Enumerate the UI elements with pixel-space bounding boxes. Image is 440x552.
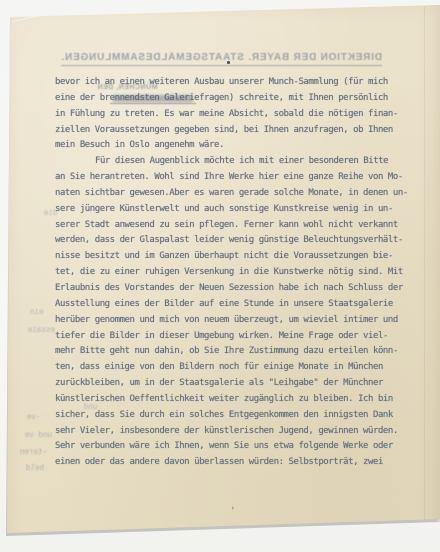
letter-line: herüber genommen und mich von neuem über… — [55, 313, 417, 329]
letter-line: an Sie herantreten. Wohl sind Ihre Werke… — [55, 170, 417, 186]
letter-line: tiefer die Bilder in dieser Umgebung wir… — [55, 329, 417, 345]
letter-line: werden, dass der Glaspalast leider wenig… — [55, 233, 417, 249]
letter-line: eine der brennendsten Galeriefragen) sch… — [55, 91, 417, 107]
letter-line: nisse besitzt und im Ganzen überhaupt ni… — [55, 249, 417, 265]
letter-line: mein Besuch in Oslo angenehm wäre. — [55, 138, 417, 154]
showthrough-fragment: -teren — [20, 447, 47, 456]
letter-line: Sehr verbunden wäre ich Ihnen, wenn Sie … — [55, 439, 417, 455]
letterhead-showthrough-mirrored: DIREKTION DER BAYER. STAATSGEMÄLDESAMMLU… — [61, 52, 382, 66]
showthrough-fragment: und — [84, 402, 98, 411]
letter-line: Ausstellung eines der Bilder auf eine St… — [55, 297, 417, 313]
paper-crease-vertical — [424, 6, 425, 526]
showthrough-fragment: held — [26, 463, 44, 472]
letter-line: sere jüngere Künstlerwelt und auch sonst… — [55, 202, 417, 218]
letter-line: sicher, dass Sie durch ein solches Entge… — [55, 408, 417, 424]
typewritten-letter-body: bevor ich an einen weiteren Ausbau unser… — [55, 75, 417, 471]
letter-line: tet, die zu einer ruhigen Versenkung in … — [55, 265, 417, 281]
showthrough-fragment: und ve — [25, 430, 52, 439]
ink-dot-mark — [227, 61, 230, 64]
letter-line: bevor ich an einen weiteren Ausbau unser… — [55, 75, 417, 91]
letter-line: serer Stadt anwesend zu sein pflegen. Fe… — [55, 218, 417, 234]
letter-line: in Fühlung zu treten. Es war meine Absic… — [55, 107, 417, 123]
showthrough-fragment: ein — [30, 307, 44, 316]
showthrough-fragment: essaie — [28, 325, 55, 334]
letter-line: Erlaubnis des Vorstandes der Neuen Sezes… — [55, 281, 417, 297]
showthrough-fragment: -ve — [27, 412, 41, 421]
letter-line: mehr Bitte geht nun dahin, ob Sie Ihre Z… — [55, 344, 417, 360]
letter-line: künstlerischen Oeffentlichkeit weiter zu… — [55, 392, 417, 408]
showthrough-fragment: die — [44, 208, 58, 217]
letter-line: sehr Vieler, insbesondere der künstleris… — [55, 424, 417, 440]
paper-crease-top-left — [12, 10, 63, 22]
letter-line: ziellen Voraussetzungen gegeben sind, be… — [55, 123, 417, 139]
letter-line: einen oder das andere davon überlassen w… — [55, 455, 417, 471]
letter-line: Für diesen Augenblick möchte ich mit ein… — [55, 154, 417, 170]
letter-line: zurückbleiben, um in der Staatsgalerie a… — [55, 376, 417, 392]
stray-comma-mark: , — [230, 500, 236, 511]
letter-line: naten sichtbar gewesen.Aber es waren ger… — [55, 186, 417, 202]
scanned-letter-photo: DIREKTION DER BAYER. STAATSGEMÄLDESAMMLU… — [0, 0, 440, 552]
letter-line: ten, dass einige von den Bildern noch fü… — [55, 360, 417, 376]
